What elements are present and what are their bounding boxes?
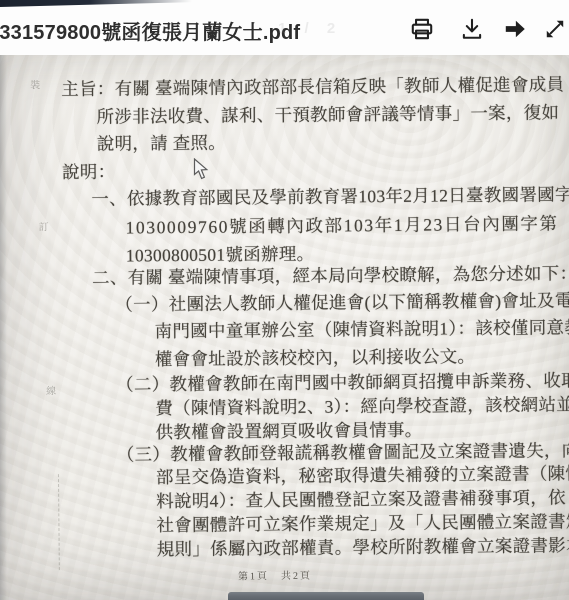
download-icon xyxy=(459,16,485,42)
doc-line: 一、依據教育部國民及學前教育署103年2月12日臺教國署國字第 xyxy=(91,181,569,211)
fullscreen-button[interactable] xyxy=(542,16,568,42)
doc-line: 二、有關 臺端陳情事項，經本局向學校瞭解，為您分述如下： xyxy=(92,260,569,290)
doc-line: （一）社團法人教師人權促進會(以下簡稱教權會)會址及電話在 xyxy=(115,287,569,317)
doc-line: 1030009760號函轉內政部103年1月23日台內團字第 xyxy=(125,210,558,239)
binding-mark: 線 xyxy=(46,382,56,397)
doc-line: 規則」係屬內政部權責。學校所附教權會立案證書影本確 xyxy=(157,532,569,561)
doc-line: 南門國中童軍辦公室（陳情資料說明1）：該校僅同意教 xyxy=(154,314,569,343)
print-icon xyxy=(409,16,435,42)
forward-button[interactable] xyxy=(502,16,528,42)
pdf-viewer-header: 0331579800號函復張月蘭女士.pdf 1 / 2 xyxy=(0,0,569,55)
page-footer: 第1頁 共2頁 xyxy=(238,567,312,583)
binding-dashed-line xyxy=(58,474,60,570)
mouse-cursor xyxy=(193,158,210,181)
download-button[interactable] xyxy=(459,16,485,42)
doc-line: 說明，請 查照。 xyxy=(97,130,227,156)
page-indicator: 1 / 2 xyxy=(278,20,342,37)
doc-line: 權會會址設於該校校內，以利接收公文。 xyxy=(155,343,476,371)
document-text-layer: 裝 訂 線 主旨：有關 臺端陳情內政部部長信箱反映「教師人權促進會成員 所涉非法… xyxy=(0,0,569,600)
binding-mark: 裝 xyxy=(30,76,40,91)
binding-mark: 訂 xyxy=(38,218,48,233)
doc-line: 費（陳情資料說明2、3）：經向學校查證，該校網站並無 xyxy=(155,391,569,420)
doc-line: 主旨：有關 臺端陳情內政部部長信箱反映「教師人權促進會成員 xyxy=(61,71,564,101)
doc-line: 所涉非法收費、謀利、干預教師會評議等情事」一案，復如 xyxy=(96,99,559,128)
file-title: 0331579800號函復張月蘭女士.pdf xyxy=(0,16,300,45)
bottom-toolbar-edge[interactable] xyxy=(228,592,424,600)
forward-icon xyxy=(502,16,528,42)
photo-edge-shadow xyxy=(0,55,7,600)
fullscreen-icon xyxy=(542,16,568,42)
print-button[interactable] xyxy=(409,16,435,42)
doc-line: 說明： xyxy=(62,159,116,185)
